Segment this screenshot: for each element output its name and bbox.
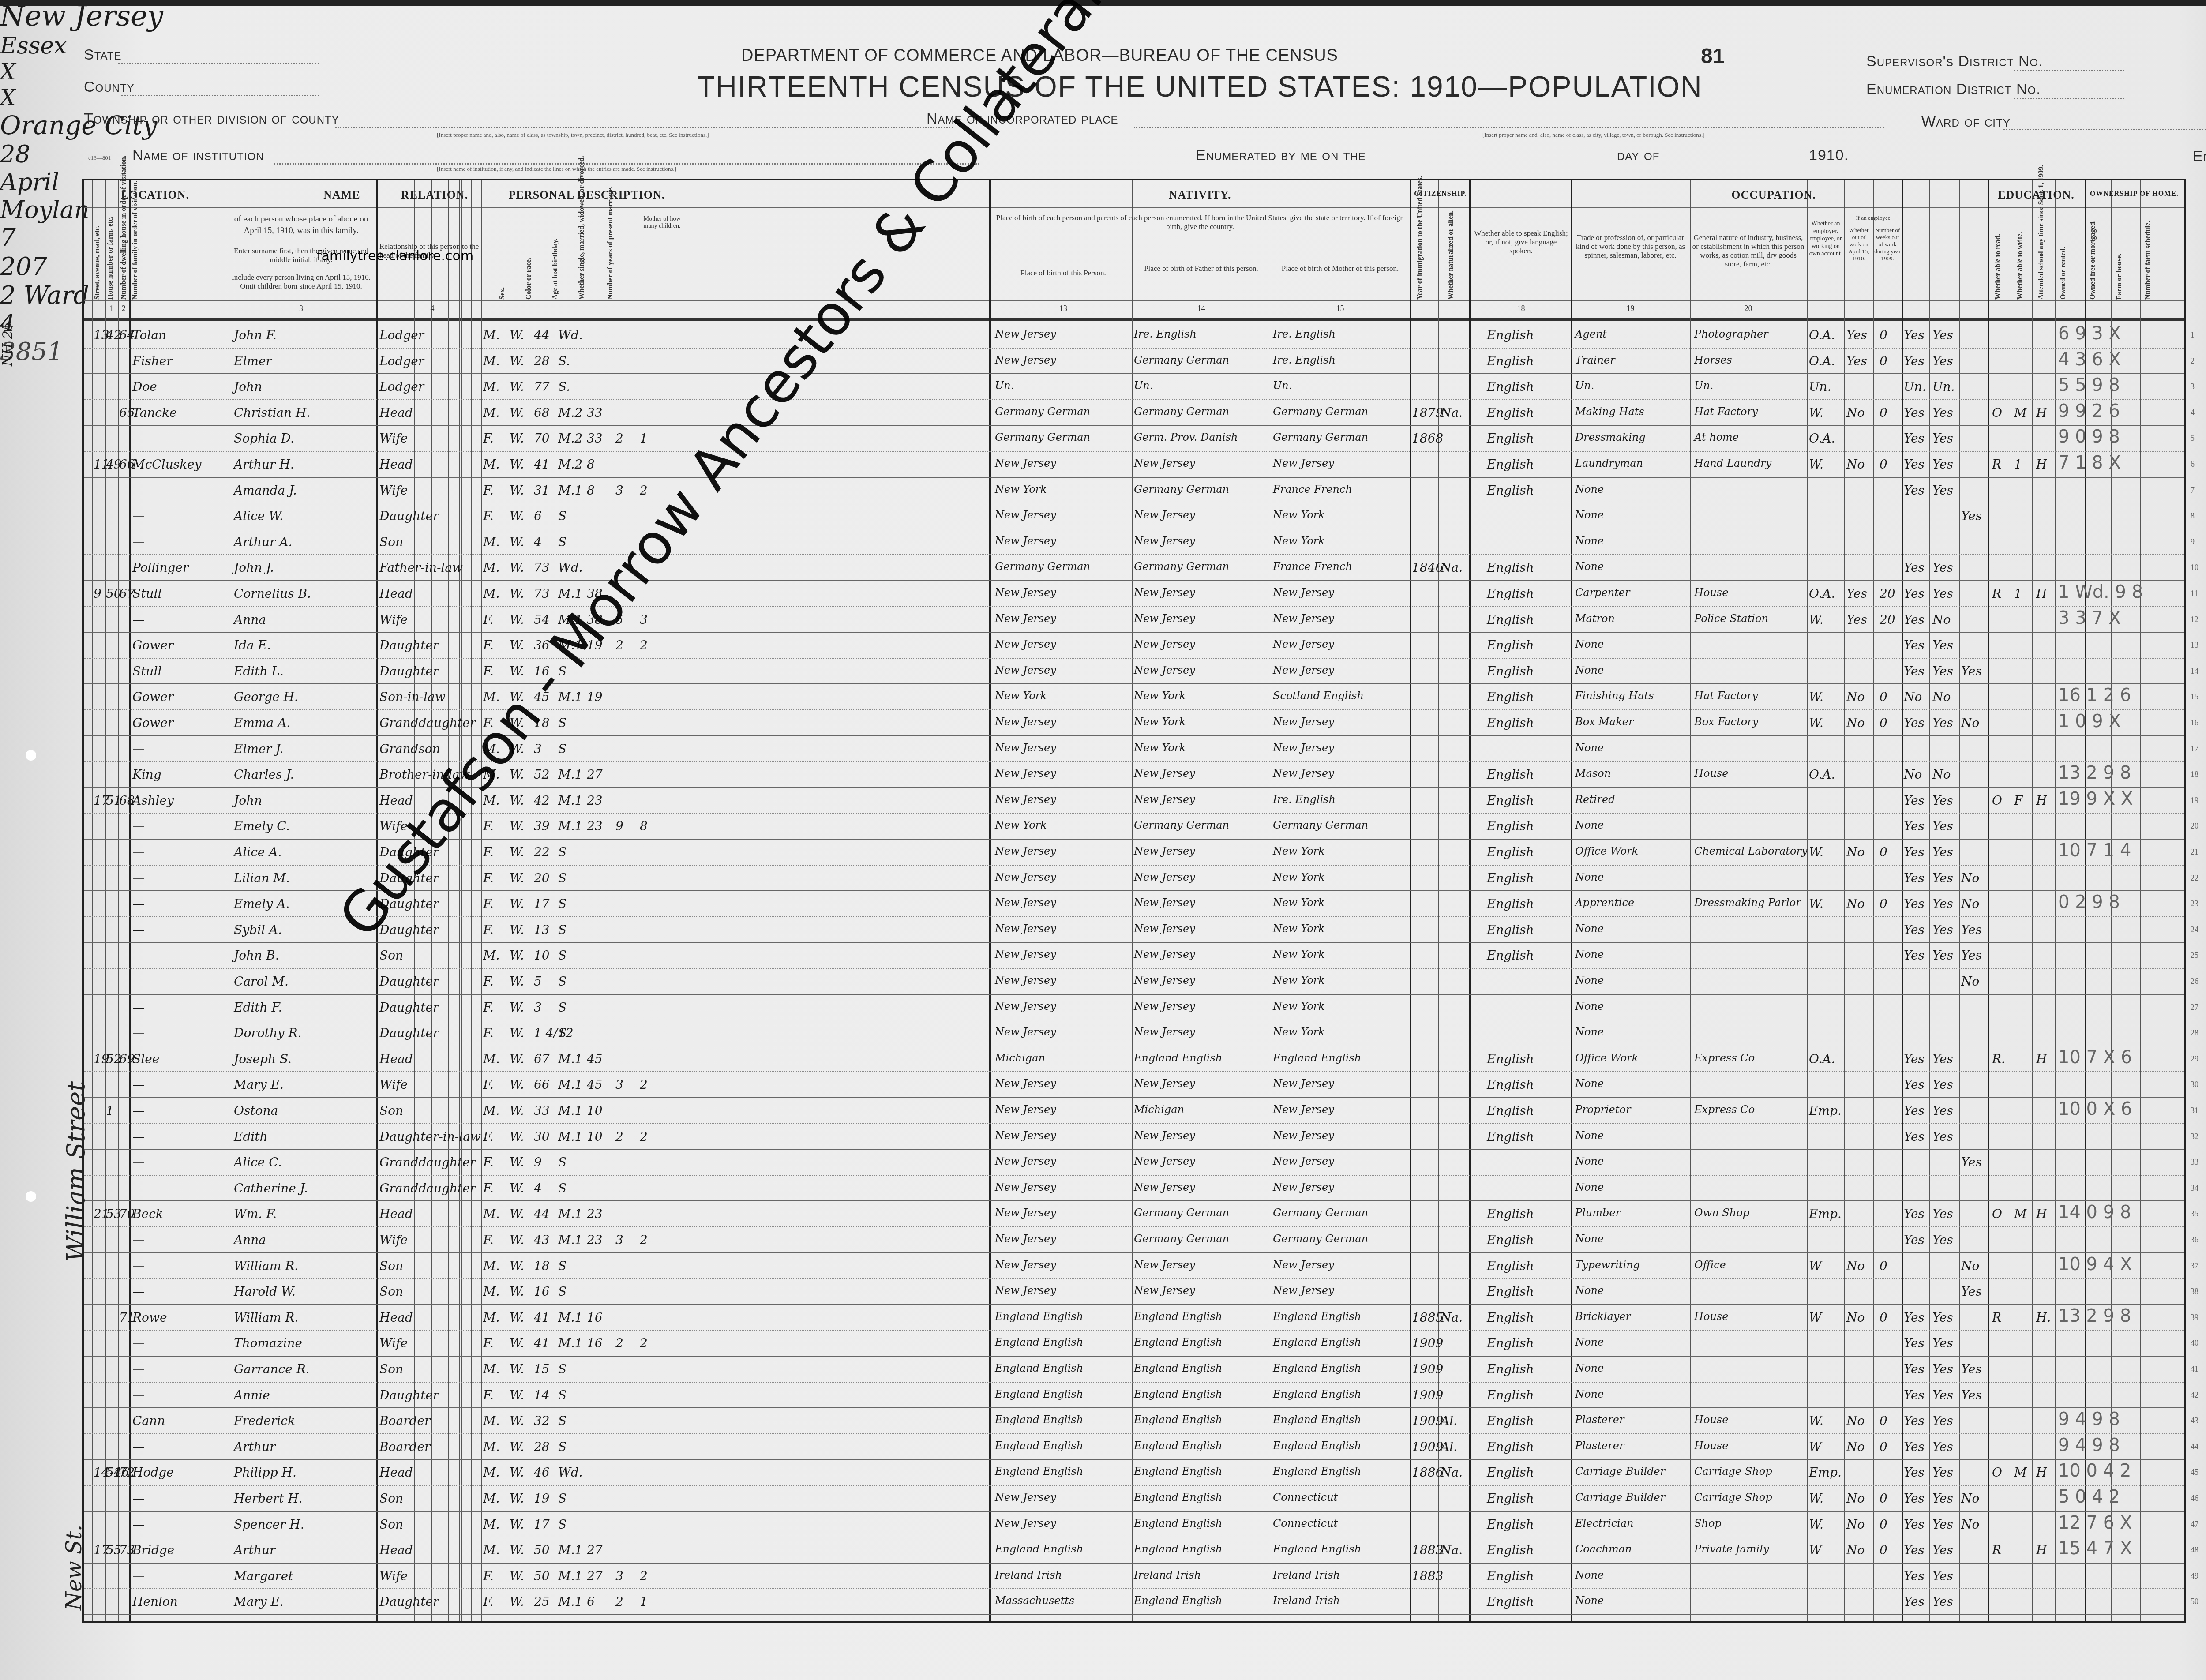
naturalized-header: Whether naturalized or alien. <box>1447 216 1455 300</box>
industry-cell: Express Co <box>1694 1052 1755 1064</box>
birthplace-mother-cell: Ire. English <box>1273 328 1336 340</box>
relation-cell: Wife <box>379 612 408 627</box>
owned-rented-cell: R <box>1992 1310 2001 1325</box>
trade-cell: Carriage Builder <box>1575 1491 1665 1504</box>
birthplace-mother-cell: Germany German <box>1273 431 1368 443</box>
census-title: THIRTEENTH CENSUS OF THE UNITED STATES: … <box>697 70 1703 103</box>
occupation-code: 5 0 4 2 <box>2058 1487 2120 1507</box>
table-row: —Spencer H.SonM.W.17SNew JerseyEngland E… <box>84 1511 2184 1538</box>
table-row: GowerIda E.DaughterF.W.36M.11922New Jers… <box>84 632 2184 659</box>
relation-cell: Daughter <box>379 1388 439 1402</box>
table-row: GowerGeorge H.Son-in-lawM.W.45M.119New Y… <box>84 683 2184 711</box>
read-cell: Yes <box>1904 354 1925 368</box>
industry-cell: At home <box>1694 431 1739 443</box>
surname-cell: Gower <box>132 716 173 730</box>
surname-cell: Henlon <box>132 1594 178 1609</box>
table-row: —Amanda J.WifeF.W.31M.1832New YorkGerman… <box>84 477 2184 504</box>
line-number: 33 <box>2191 1158 2198 1167</box>
birthplace-person-cell: Germany German <box>995 405 1090 418</box>
given-name-cell: Garrance R. <box>234 1362 310 1376</box>
relation-cell: Daughter <box>379 638 439 652</box>
line-number: 44 <box>2191 1442 2198 1451</box>
street-number-cell: 9 <box>94 586 101 601</box>
census-sheet: State New Jersey County Essex Township o… <box>0 0 2206 1680</box>
age-cell: 39 <box>534 819 550 833</box>
given-name-cell: Mary E. <box>234 1077 284 1092</box>
birthplace-person-cell: England English <box>995 1310 1083 1323</box>
birthplace-father-cell: New Jersey <box>1134 1129 1195 1142</box>
read-cell: Yes <box>1904 586 1925 601</box>
line-number: 13 <box>2191 641 2198 650</box>
table-row: GowerEmma A.GranddaughterF.W.18SNew Jers… <box>84 709 2184 737</box>
birthplace-father-cell: New Jersey <box>1134 1181 1195 1193</box>
enumerated-label: Enumerated by me on the <box>1196 147 1366 164</box>
birthplace-father-cell: England English <box>1134 1052 1222 1064</box>
birthplace-mother-cell: New York <box>1273 948 1325 960</box>
read-cell: Yes <box>1904 328 1925 342</box>
birthplace-mother-cell: New Jersey <box>1273 1103 1334 1116</box>
marital-status-cell: Wd. <box>558 560 583 575</box>
relation-cell: Son <box>379 1103 403 1118</box>
marital-status-cell: S <box>558 896 567 911</box>
weeks-out-cell: 0 <box>1880 1310 1887 1325</box>
sex-cell: M. <box>483 379 500 394</box>
owned-rented-cell: R <box>1992 586 2001 601</box>
given-name-cell: Sybil A. <box>234 922 282 937</box>
surname-cell: Ashley <box>132 793 174 808</box>
supervisor-label: Supervisor's District No. <box>1866 53 2043 70</box>
write-cell: Yes <box>1932 1388 1953 1402</box>
birthplace-mother-cell: Un. <box>1273 379 1292 392</box>
group-location: LOCATION. <box>93 188 218 202</box>
weeks-out-cell: 0 <box>1880 354 1887 368</box>
given-name-cell: Edith L. <box>234 664 284 679</box>
age-cell: 10 <box>534 948 550 963</box>
given-name-cell: Joseph S. <box>234 1052 292 1066</box>
employer-status-cell: W. <box>1809 1491 1823 1506</box>
immigration-year-cell: 1883 <box>1412 1543 1443 1557</box>
birthplace-father-cell: New Jersey <box>1134 1077 1195 1090</box>
line-number: 28 <box>2191 1028 2198 1038</box>
birthplace-father-cell: New Jersey <box>1134 535 1195 547</box>
children-living-cell: 3 <box>640 612 648 627</box>
given-name-cell: Arthur A. <box>234 535 292 549</box>
margin-note: NH 25 <box>0 0 15 366</box>
marital-status-cell: M.1 <box>558 1233 582 1247</box>
sex-cell: F. <box>483 431 494 446</box>
name-description: of each person whose place of abode on A… <box>229 214 373 236</box>
age-cell: 73 <box>534 560 550 575</box>
birthplace-father-cell: Un. <box>1134 379 1153 392</box>
birthplace-mother-cell: Scotland English <box>1273 690 1364 702</box>
street-name-william: William Street <box>62 1081 90 1262</box>
table-row: CannFrederickBoarderM.W.32SEngland Engli… <box>84 1407 2184 1435</box>
given-name-cell: John <box>234 793 262 808</box>
group-education: EDUCATION. <box>1990 188 2082 202</box>
color-cell: W. <box>510 509 524 523</box>
relation-cell: Granddaughter <box>379 1155 476 1170</box>
birthplace-person-cell: New Jersey <box>995 638 1056 650</box>
surname-cell: — <box>132 1000 145 1015</box>
language-cell: English <box>1487 1465 1534 1480</box>
color-cell: W. <box>510 1284 524 1299</box>
school-cell: Yes <box>1961 1362 1982 1376</box>
immigration-header: Year of immigration to the United States… <box>1416 216 1424 300</box>
industry-cell: Photographer <box>1694 328 1768 340</box>
read-cell: Yes <box>1904 896 1925 911</box>
owned-rented-cell: O <box>1992 1207 2002 1221</box>
table-row: —Garrance R.SonM.W.15SEngland EnglishEng… <box>84 1356 2184 1383</box>
relation-cell: Head <box>379 1543 413 1557</box>
marital-status-cell: M.1 <box>558 1569 582 1583</box>
sex-cell: M. <box>483 1362 500 1376</box>
color-cell: W. <box>510 1077 524 1092</box>
relation-cell: Boarder <box>379 1440 430 1454</box>
surname-cell: — <box>132 974 145 989</box>
trade-cell: Carriage Builder <box>1575 1465 1665 1477</box>
age-cell: 70 <box>534 431 550 446</box>
birthplace-father-cell: New Jersey <box>1134 664 1195 676</box>
language-cell: English <box>1487 664 1534 679</box>
age-cell: 43 <box>534 1233 550 1247</box>
house-number-header: House number or farm, etc. <box>107 216 115 300</box>
birth-mother-header: Place of birth of Mother of this person. <box>1273 264 1407 273</box>
school-cell: Yes <box>1961 922 1982 937</box>
birthplace-mother-cell: Germany German <box>1273 1207 1368 1219</box>
color-cell: W. <box>510 793 524 808</box>
children-born-cell: 3 <box>615 483 623 498</box>
marital-status-cell: S <box>558 1440 567 1454</box>
age-cell: 22 <box>534 845 550 859</box>
street-header: Street, avenue, road, etc. <box>94 216 101 300</box>
birthplace-person-cell: New Jersey <box>995 1077 1056 1090</box>
table-row: —Alice W.DaughterF.W.6SNew JerseyNew Jer… <box>84 502 2184 530</box>
write-cell: Yes <box>1932 405 1953 420</box>
surname-cell: — <box>132 1388 145 1402</box>
birthplace-person-cell: New Jersey <box>995 509 1056 521</box>
industry-cell: House <box>1694 767 1728 780</box>
surname-cell: — <box>132 535 145 549</box>
industry-cell: House <box>1694 1414 1728 1426</box>
sex-cell: M. <box>483 1543 500 1557</box>
language-cell: English <box>1487 1569 1534 1583</box>
sex-cell: F. <box>483 483 494 498</box>
given-name-cell: Harold W. <box>234 1284 296 1299</box>
write-cell: Yes <box>1932 431 1953 446</box>
relation-cell: Grandson <box>379 742 440 756</box>
sex-cell: M. <box>483 1103 500 1118</box>
birthplace-father-cell: Germany German <box>1134 483 1229 495</box>
industry-cell: Private family <box>1694 1543 1769 1555</box>
occupation-code: 5 5 9 8 <box>2058 375 2120 395</box>
birthplace-father-cell: New Jersey <box>1134 509 1195 521</box>
children-born-cell: 2 <box>615 1129 623 1144</box>
industry-cell: Police Station <box>1694 612 1768 625</box>
given-name-cell: William R. <box>234 1310 298 1325</box>
industry-cell: Shop <box>1694 1517 1722 1530</box>
trade-cell: None <box>1575 664 1604 676</box>
surname-cell: McCluskey <box>132 457 202 472</box>
sex-cell: F. <box>483 974 494 989</box>
birthplace-person-cell: Un. <box>995 379 1014 392</box>
age-cell: 4 <box>534 535 542 549</box>
children-living-cell: 2 <box>640 483 648 498</box>
age-cell: 41 <box>534 1310 550 1325</box>
color-cell: W. <box>510 1414 524 1428</box>
birthplace-person-cell: New Jersey <box>995 1026 1056 1038</box>
color-cell: W. <box>510 431 524 446</box>
group-divider <box>84 207 2184 208</box>
birthplace-mother-cell: New York <box>1273 535 1325 547</box>
relation-cell: Son-in-law <box>379 690 446 704</box>
language-cell: English <box>1487 1336 1534 1350</box>
line-number: 3 <box>2191 382 2195 391</box>
color-cell: W. <box>510 1259 524 1273</box>
language-cell: English <box>1487 1440 1534 1454</box>
line-number: 5 <box>2191 434 2195 443</box>
birthplace-person-cell: New Jersey <box>995 354 1056 366</box>
line-number: 21 <box>2191 847 2198 857</box>
out-of-work-cell: No <box>1846 716 1865 730</box>
free-mortgaged-cell: M <box>2014 405 2027 420</box>
table-row: —AnnieDaughterF.W.14SEngland EnglishEngl… <box>84 1382 2184 1409</box>
out-of-work-cell: No <box>1846 1543 1865 1557</box>
line-number: 48 <box>2191 1545 2198 1555</box>
trade-cell: None <box>1575 742 1604 754</box>
write-cell: Yes <box>1932 1465 1953 1480</box>
birthplace-father-cell: New Jersey <box>1134 586 1195 599</box>
employee-header: If an employee <box>1846 214 1901 222</box>
trade-cell: Un. <box>1575 379 1594 392</box>
group-nativity: NATIVITY. <box>993 188 1407 202</box>
line-number: 46 <box>2191 1494 2198 1503</box>
trade-cell: None <box>1575 1594 1604 1607</box>
years-married-cell: 6 <box>587 1594 595 1609</box>
table-row: —ThomazineWifeF.W.41M.11622England Engli… <box>84 1330 2184 1357</box>
school-cell: No <box>1961 1491 1979 1506</box>
weeks-out-cell: 0 <box>1880 1517 1887 1532</box>
farm-house-cell: H <box>2036 1465 2047 1480</box>
trade-cell: Agent <box>1575 328 1607 340</box>
birthplace-mother-cell: England English <box>1273 1362 1361 1374</box>
out-of-work-cell: No <box>1846 405 1865 420</box>
color-cell: W. <box>510 1465 524 1480</box>
children-born-cell: 3 <box>615 1077 623 1092</box>
occupation-code: 10 9 4 X <box>2058 1254 2132 1275</box>
children-born-cell: 2 <box>615 431 623 446</box>
line-number: 26 <box>2191 977 2198 986</box>
birthplace-person-cell: New Jersey <box>995 1491 1056 1504</box>
table-row: —EdithDaughter-in-lawF.W.30M.11022New Je… <box>84 1123 2184 1151</box>
language-cell: English <box>1487 638 1534 652</box>
read-cell: Yes <box>1904 612 1925 627</box>
age-cell: 66 <box>534 1077 550 1092</box>
weeks-out-header: Number of weeks out of work during year … <box>1874 227 1901 262</box>
given-name-cell: Lilian M. <box>234 871 290 885</box>
relation-cell: Granddaughter <box>379 1181 476 1196</box>
birthplace-person-cell: New Jersey <box>995 535 1056 547</box>
birthplace-father-cell: England English <box>1134 1491 1222 1504</box>
occupation-code: 1 0 9 X <box>2058 711 2121 731</box>
industry-cell: Hat Factory <box>1694 690 1758 702</box>
sex-cell: F. <box>483 612 494 627</box>
form-code-left: e13—801 <box>88 154 111 161</box>
line-number: 20 <box>2191 821 2198 831</box>
surname-cell: — <box>132 1336 145 1350</box>
birthplace-person-cell: New Jersey <box>995 1181 1056 1193</box>
trade-cell: Trainer <box>1575 354 1615 366</box>
read-cell: Yes <box>1904 922 1925 937</box>
relation-cell: Daughter <box>379 1000 439 1015</box>
birthplace-father-cell: England English <box>1134 1414 1222 1426</box>
sex-cell: F. <box>483 1000 494 1015</box>
write-cell: Yes <box>1932 1103 1953 1118</box>
children-living-cell: 8 <box>640 819 648 833</box>
marital-status-cell: S <box>558 535 567 549</box>
birthplace-person-cell: New Jersey <box>995 586 1056 599</box>
marital-status-cell: S <box>558 871 567 885</box>
school-cell: No <box>1961 1259 1979 1273</box>
age-cell: 42 <box>534 793 550 808</box>
read-cell: Yes <box>1904 1362 1925 1376</box>
language-cell: English <box>1487 871 1534 885</box>
relation-cell: Son <box>379 1491 403 1506</box>
write-cell: Yes <box>1932 328 1953 342</box>
sex-cell: M. <box>483 1259 500 1273</box>
sex-cell: F. <box>483 1594 494 1609</box>
marital-status-cell: M.1 <box>558 1543 582 1557</box>
birthplace-person-cell: New Jersey <box>995 845 1056 857</box>
surname-cell: — <box>132 1440 145 1454</box>
surname-cell: Pollinger <box>132 560 188 575</box>
color-cell: W. <box>510 405 524 420</box>
weeks-out-cell: 0 <box>1880 457 1887 472</box>
line-number: 43 <box>2191 1416 2198 1425</box>
write-cell: Yes <box>1932 1077 1953 1092</box>
surname-cell: — <box>132 483 145 498</box>
age-cell: 73 <box>534 586 550 601</box>
birthplace-father-cell: New York <box>1134 716 1186 728</box>
line-number: 6 <box>2191 460 2195 469</box>
relation-cell: Father-in-law <box>379 560 463 575</box>
industry-cell: Horses <box>1694 354 1732 366</box>
line-number: 24 <box>2191 925 2198 934</box>
read-cell: Yes <box>1904 1129 1925 1144</box>
out-of-work-cell: No <box>1846 1517 1865 1532</box>
surname-cell: Slee <box>132 1052 159 1066</box>
weeks-out-cell: 0 <box>1880 405 1887 420</box>
color-cell: W. <box>510 1233 524 1247</box>
birthplace-father-cell: New Jersey <box>1134 1155 1195 1167</box>
birthplace-person-cell: New Jersey <box>995 742 1056 754</box>
surname-cell: — <box>132 845 145 859</box>
sex-cell: F. <box>483 819 494 833</box>
marital-status-cell: S <box>558 922 567 937</box>
employer-status-cell: W. <box>1809 405 1823 420</box>
naturalization-cell: Al. <box>1441 1440 1457 1454</box>
given-name-cell: Arthur <box>234 1440 275 1454</box>
table-row: StullEdith L.DaughterF.W.16SNew JerseyNe… <box>84 658 2184 685</box>
trade-cell: None <box>1575 871 1604 883</box>
read-cell: Yes <box>1904 871 1925 885</box>
read-cell: Yes <box>1904 1440 1925 1454</box>
birthplace-father-cell: New Jersey <box>1134 457 1195 469</box>
stamp-number: 81 <box>1701 44 1724 68</box>
language-cell: English <box>1487 1129 1534 1144</box>
read-cell: Yes <box>1904 664 1925 679</box>
occupation-code: 19 9 X X <box>2058 789 2133 809</box>
surname-cell: — <box>132 431 145 446</box>
marital-status-cell: S <box>558 1181 567 1196</box>
birthplace-mother-cell: New York <box>1273 974 1325 986</box>
name-instruction-2: Include every person living on April 15,… <box>229 273 373 291</box>
school-cell: Yes <box>1961 1155 1982 1170</box>
immigration-year-cell: 1909 <box>1412 1362 1443 1376</box>
birthplace-person-cell: New Jersey <box>995 922 1056 935</box>
farm-house-cell: H <box>2036 793 2047 808</box>
trade-cell: None <box>1575 638 1604 650</box>
relation-cell: Head <box>379 1207 413 1221</box>
birthplace-father-cell: England English <box>1134 1440 1222 1452</box>
farm-house-cell: H <box>2036 586 2047 601</box>
line-number: 42 <box>2191 1391 2198 1400</box>
line-number: 49 <box>2191 1571 2198 1581</box>
owned-rented-cell: R <box>1992 457 2001 472</box>
given-name-cell: Sophia D. <box>234 431 294 446</box>
color-cell: W. <box>510 1491 524 1506</box>
relation-cell: Head <box>379 1465 413 1480</box>
farm-house-cell: H <box>2036 1207 2047 1221</box>
birthplace-mother-cell: England English <box>1273 1465 1361 1477</box>
county-line <box>121 95 319 96</box>
color-cell: W. <box>510 535 524 549</box>
out-of-work-header: Whether out of work on April 15, 1910. <box>1846 227 1872 262</box>
given-name-cell: Emely A. <box>234 896 289 911</box>
employer-status-cell: Emp. <box>1809 1207 1842 1221</box>
write-cell: Yes <box>1932 1569 1953 1583</box>
language-cell: English <box>1487 948 1534 963</box>
line-number: 39 <box>2191 1313 2198 1322</box>
write-cell: Yes <box>1932 1362 1953 1376</box>
ward-line <box>2003 129 2206 130</box>
given-name-cell: Philipp H. <box>234 1465 296 1480</box>
read-cell: Yes <box>1904 1594 1925 1609</box>
line-number: 10 <box>2191 563 2198 572</box>
age-cell: 28 <box>534 1440 550 1454</box>
marital-status-cell: M.1 <box>558 793 582 808</box>
table-row: —ArthurBoarderM.W.28SEngland EnglishEngl… <box>84 1433 2184 1461</box>
line-number: 47 <box>2191 1520 2198 1529</box>
language-cell: English <box>1487 1594 1534 1609</box>
trade-cell: None <box>1575 948 1604 960</box>
birthplace-father-cell: Germany German <box>1134 819 1229 831</box>
line-number: 30 <box>2191 1080 2198 1089</box>
years-married-cell: 27 <box>587 1543 603 1557</box>
industry-cell: House <box>1694 1440 1728 1452</box>
state-label: State <box>84 46 121 64</box>
relation-cell: Daughter <box>379 974 439 989</box>
surname-cell: Fisher <box>132 354 173 368</box>
language-cell: English <box>1487 1543 1534 1557</box>
color-cell: W. <box>510 1000 524 1015</box>
weeks-out-cell: 0 <box>1880 845 1887 859</box>
birthplace-person-cell: England English <box>995 1336 1083 1348</box>
dwelling-header: Number of dwelling house in order of vis… <box>120 216 128 300</box>
occupation-code: 6 9 3 X <box>2058 323 2121 344</box>
relation-cell: Son <box>379 535 403 549</box>
sex-cell: M. <box>483 535 500 549</box>
color-cell: W. <box>510 1517 524 1532</box>
